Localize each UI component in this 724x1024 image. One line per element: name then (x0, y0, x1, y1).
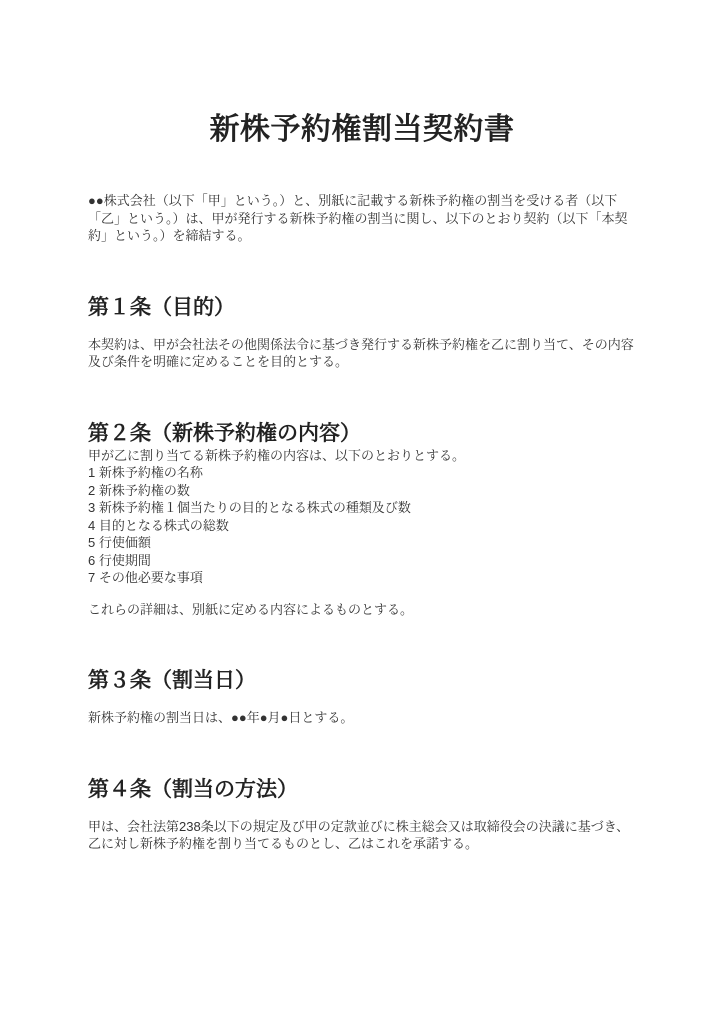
section-1-heading: 第１条（目的） (88, 295, 636, 321)
document-page: 新株予約権割当契約書 ●●株式会社（以下「甲」という。）と、別紙に記載する新株予… (0, 0, 724, 1024)
intro-paragraph: ●●株式会社（以下「甲」という。）と、別紙に記載する新株予約権の割当を受ける者（… (88, 192, 636, 245)
section-2-lead: 甲が乙に割り当てる新株予約権の内容は、以下のとおりとする。 (88, 447, 636, 465)
section-2-note: これらの詳細は、別紙に定める内容によるものとする。 (88, 601, 636, 619)
list-item: 4 目的となる株式の総数 (88, 517, 636, 535)
section-4-body: 甲は、会社法第238条以下の規定及び甲の定款並びに株主総会又は取締役会の決議に基… (88, 818, 636, 853)
document-title: 新株予約権割当契約書 (88, 112, 636, 148)
section-2-heading: 第２条（新株予約権の内容） (88, 421, 636, 447)
section-4-heading: 第４条（割当の方法） (88, 777, 636, 803)
section-1-body: 本契約は、甲が会社法その他関係法令に基づき発行する新株予約権を乙に割り当て、その… (88, 336, 636, 371)
list-item: 7 その他必要な事項 (88, 569, 636, 587)
list-item: 3 新株予約権１個当たりの目的となる株式の種類及び数 (88, 499, 636, 517)
section-3-body: 新株予約権の割当日は、●●年●月●日とする。 (88, 709, 636, 727)
list-item: 1 新株予約権の名称 (88, 464, 636, 482)
list-item: 6 行使期間 (88, 552, 636, 570)
list-item: 5 行使価額 (88, 534, 636, 552)
section-3-heading: 第３条（割当日） (88, 668, 636, 694)
list-item: 2 新株予約権の数 (88, 482, 636, 500)
section-2-content: 甲が乙に割り当てる新株予約権の内容は、以下のとおりとする。 1 新株予約権の名称… (88, 447, 636, 587)
